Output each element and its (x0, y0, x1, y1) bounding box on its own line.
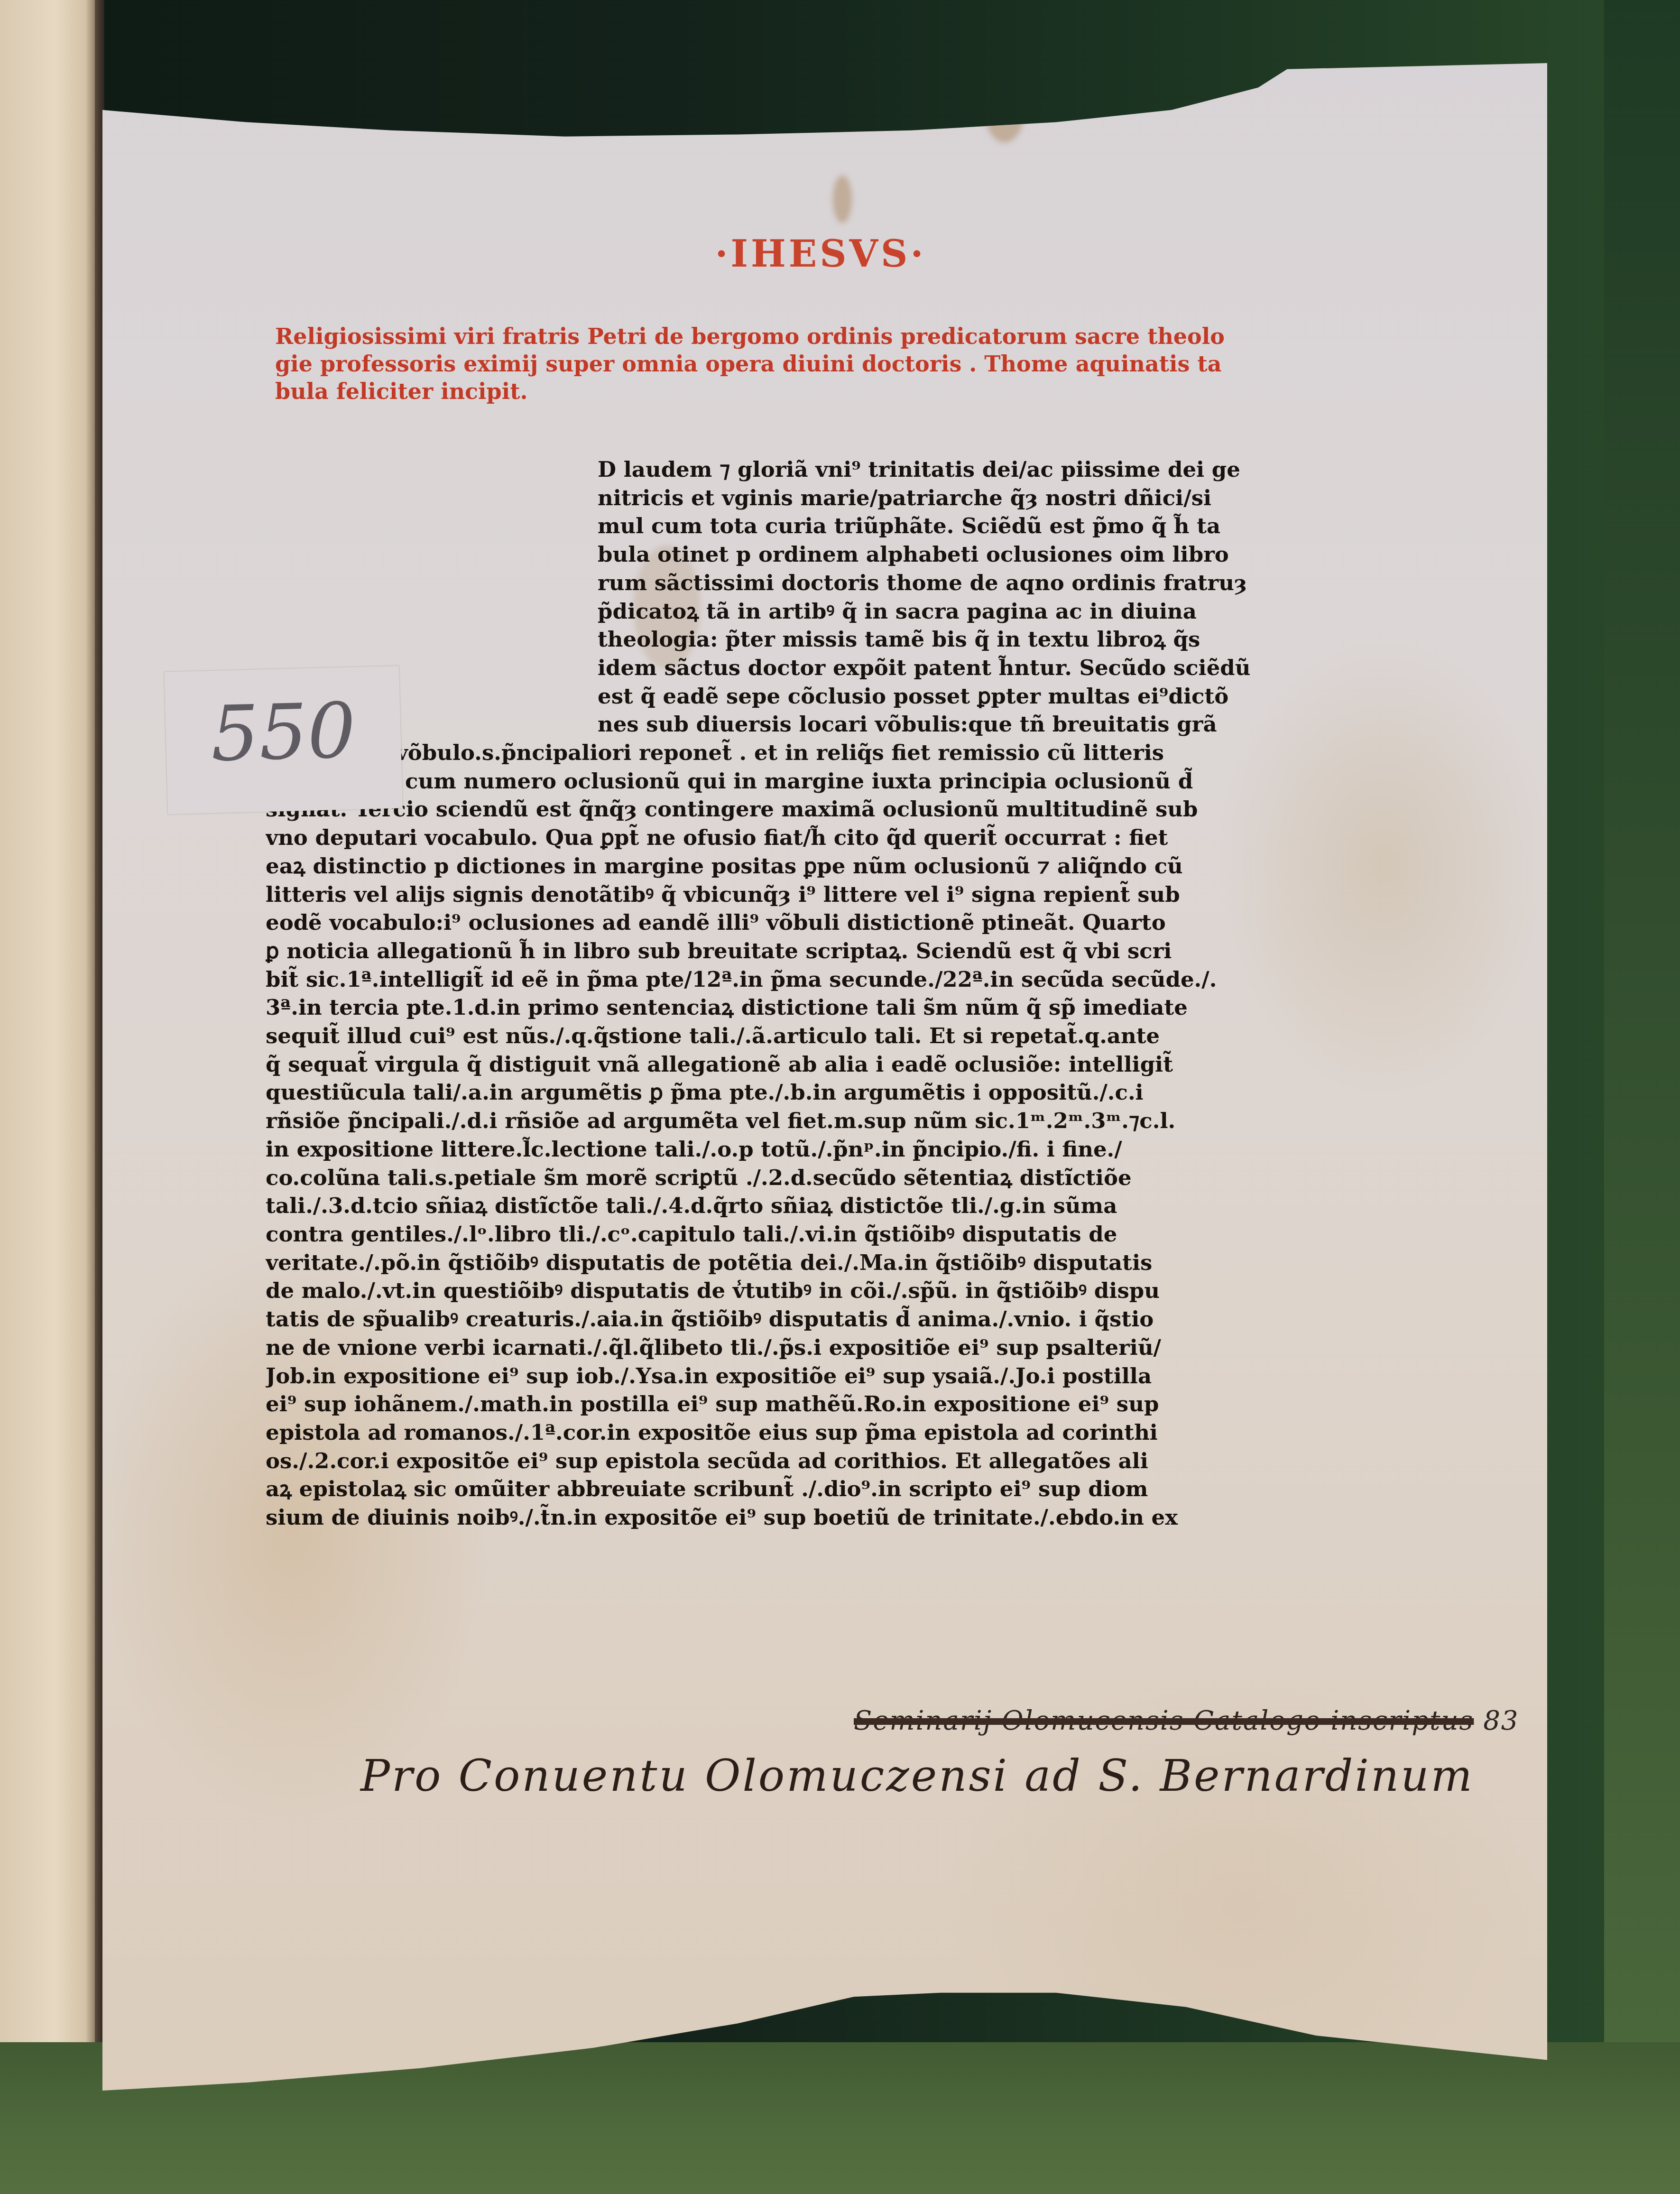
body-line: nes sub diuersis locari võbulis:que tñ b… (266, 710, 1290, 739)
ownership-inscription: Pro Conuentu Olomuczensi ad S. Bernardin… (360, 1750, 1474, 1801)
page-heading-ihesus: ·IHESVS· (655, 232, 987, 276)
foxing-stain (833, 176, 852, 223)
body-line: tali./.3.d.tcio sñiaꝝ distĩctõe tali./.4… (266, 1192, 1290, 1220)
body-line: in expositione littere.l̃c.lectione tali… (266, 1135, 1290, 1164)
body-line: ne de vnione verbi icarnati./.q̃l.q̃libe… (266, 1333, 1290, 1362)
printed-body-text: D laudem ⁊ gloriã vni⁹ trinitatis dei/ac… (266, 455, 1290, 1532)
foxing-stain (986, 85, 1024, 142)
body-line: Job.in expositione ei⁹ sup iob./.Ysa.in … (266, 1362, 1290, 1390)
body-line: D laudem ⁊ gloriã vni⁹ trinitatis dei/ac… (266, 455, 1290, 484)
body-line: tuo vno tñ/võbulo.s.p̃ncipaliori reponet… (266, 739, 1290, 767)
rubric-line: bula feliciter incipit. (275, 378, 1300, 405)
body-line: co.colũna tali.s.petiale s̃m morẽ scriꝑt… (266, 1164, 1290, 1192)
body-line: litteris vel alijs signis denotãtibꝰ q̃ … (266, 880, 1290, 909)
shelfmark-number: 550 (210, 686, 357, 778)
body-line: veritate./.põ.in q̃stiõibꝰ disputatis de… (266, 1249, 1290, 1277)
struck-inscription: Seminarij Olomucensis Catalogo inscriptu… (854, 1705, 1474, 1736)
rubric-line: Religiosissimi viri fratris Petri de ber… (275, 323, 1300, 350)
body-line: rñsiõe p̃ncipali./.d.i rñsiõe ad argumẽt… (266, 1107, 1290, 1135)
body-line: vno deputari vocabulo. Qua ꝑpt̃ ne ofusi… (266, 824, 1290, 852)
body-line: de malo./.vt.in questiõibꝰ disputatis de… (266, 1277, 1290, 1305)
body-line: bit̃ sic.1ª.intelligit̃ id eẽ in p̃ma pt… (266, 965, 1290, 994)
rubric-title: Religiosissimi viri fratris Petri de ber… (275, 323, 1300, 405)
body-line: aꝝ epistolaꝝ sic omũiter abbreuiate scri… (266, 1475, 1290, 1503)
body-line: bula otinet p ordinem alphabeti oclusion… (266, 540, 1290, 569)
struck-provenance-note: Seminarij Olomucensis Catalogo inscriptu… (854, 1705, 1519, 1736)
body-line: est q̃ eadẽ sepe cõclusio posset ꝑpter m… (266, 682, 1290, 711)
body-line: idem sãctus doctor expõit patent h̃ntur.… (266, 654, 1290, 682)
body-line: 3ª.in tercia pte.1.d.in primo sentenciaꝝ… (266, 993, 1290, 1022)
body-line: ꝑ noticia allegationũ h̃ in libro sub br… (266, 937, 1290, 965)
body-line: contra gentiles./.lᵒ.libro tli./.cᵒ.capi… (266, 1220, 1290, 1249)
background-cloth-right (1604, 0, 1680, 2194)
body-line: theologia: p̃ter missis tamẽ bis q̃ in t… (266, 625, 1290, 654)
body-line: maioribꝰ.et cum numero oclusionũ qui in … (266, 767, 1290, 796)
body-line: epistola ad romanos./.1ª.cor.in expositõ… (266, 1418, 1290, 1447)
body-line: mul cum tota curia triũphãte. Sciẽdũ est… (266, 512, 1290, 540)
body-line: questiũcula tali/.a.in argumẽtis ꝑ p̃ma … (266, 1078, 1290, 1107)
body-line: signat̃. Tercio sciendũ est q̃nq̃ȝ conti… (266, 795, 1290, 824)
library-shelfmark-label: 550 (164, 666, 403, 815)
body-line: rum sãctissimi doctoris thome de aqno or… (266, 569, 1290, 597)
body-line: ei⁹ sup iohãnem./.math.in postilla ei⁹ s… (266, 1390, 1290, 1418)
inscription-number: 83 (1483, 1705, 1519, 1736)
rubric-line: gie professoris eximij super omnia opera… (275, 350, 1300, 378)
body-line: q̃ sequat̃ virgula q̃ distiguit vnã alle… (266, 1050, 1290, 1079)
body-line: tatis de sp̃ualibꝰ creaturis./.aia.in q̃… (266, 1305, 1290, 1333)
body-line: nitricis et vginis marie/patriarche q̃ȝ … (266, 484, 1290, 512)
body-line: sequit̃ illud cui⁹ est nũs./.q.q̃stione … (266, 1022, 1290, 1050)
body-line: sium de diuinis noibꝰ./.t̃n.in expositõe… (266, 1503, 1290, 1532)
body-line: eaꝝ distinctio p dictiones in margine po… (266, 852, 1290, 880)
facing-page-edge (0, 0, 101, 2194)
body-line: os./.2.cor.i expositõe ei⁹ sup epistola … (266, 1447, 1290, 1475)
body-line: eodẽ vocabulo:i⁹ oclusiones ad eandẽ ill… (266, 908, 1290, 937)
body-line: p̃dicatoꝝ tã in artibꝰ q̃ in sacra pagin… (266, 597, 1290, 626)
